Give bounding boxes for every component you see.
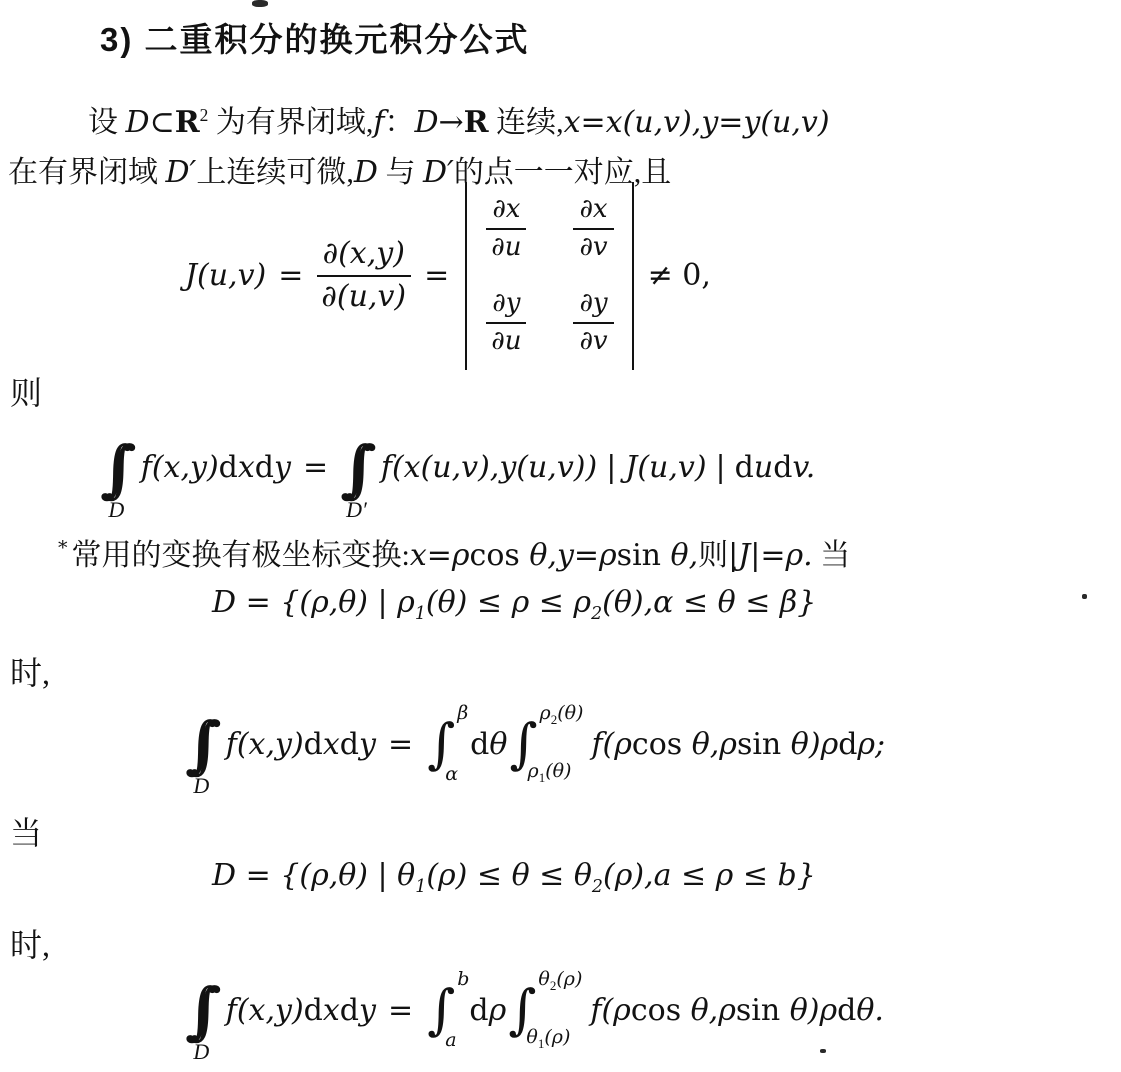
integral-glyph: ∫ xyxy=(104,441,136,497)
math-run: (θ) xyxy=(557,702,583,724)
math-run: θ)ρ xyxy=(790,993,837,1028)
integral-sign: ∫ba xyxy=(427,968,467,1052)
math-run: y xyxy=(359,727,376,762)
math-run: d xyxy=(340,727,359,762)
footnote-asterisk: * xyxy=(58,537,68,559)
math-run: θ,ρ xyxy=(691,993,736,1028)
arrow-glyph: → xyxy=(439,105,464,140)
fraction: ∂y∂v xyxy=(573,288,613,358)
equals-sign: = xyxy=(303,450,328,485)
math-run: d xyxy=(838,727,857,762)
math-run: d xyxy=(219,450,238,485)
math-run: cos xyxy=(632,727,692,762)
numerator: ∂y xyxy=(486,288,526,324)
math-run: y xyxy=(359,993,376,1028)
math-run: d xyxy=(773,450,792,485)
connector-dang: 当 xyxy=(10,808,42,854)
connector-shi-2: 时, xyxy=(10,920,50,966)
math-run: J(u,v) xyxy=(185,258,266,293)
math-run: R xyxy=(175,105,200,140)
integral-glyph: ∫ xyxy=(189,983,221,1039)
equation-polar-integral-2: ∫∫D f(x,y)dxdy = ∫ba dρ ∫θ2(ρ)θ1(ρ) f(ρc… xyxy=(185,968,884,1052)
integral-domain: D′ xyxy=(346,499,367,521)
equals-sign: = xyxy=(278,258,303,293)
text-run: 当 xyxy=(813,539,851,572)
math-run: D xyxy=(414,105,438,140)
math-run: f(x(u,v),y(u,v)) xyxy=(381,450,597,485)
equals-sign: = xyxy=(424,258,449,293)
text-run: ： xyxy=(384,106,414,139)
math-run: sin xyxy=(737,727,791,762)
equation-jacobian: J(u,v) = ∂(x,y)∂(u,v) = ∂x∂u ∂x∂v ∂y∂u ∂… xyxy=(185,182,711,370)
math-run: θ xyxy=(538,968,549,990)
scan-speck xyxy=(252,0,268,7)
math-run: R xyxy=(464,105,489,140)
math-run: v. xyxy=(792,450,815,485)
math-run: f xyxy=(373,105,384,140)
equation-change-of-variables: ∫∫D f(x,y)dxdy = ∫∫D′ f(x(u,v),y(u,v)) |… xyxy=(100,428,815,508)
math-run: θ. xyxy=(856,993,884,1028)
denominator: ∂(u,v) xyxy=(315,277,412,316)
math-run: cos xyxy=(470,538,530,573)
connector-shi-1: 时, xyxy=(10,648,50,694)
equation-polar-domain-2: D = {(ρ,θ) | θ1(ρ) ≤ θ ≤ θ2(ρ),a ≤ ρ ≤ b… xyxy=(212,858,816,897)
textbook-page: 3) 二重积分的换元积分公式 设 D⊂R2 为有界闭域,f：D→R 连续,x=x… xyxy=(0,0,1121,1072)
double-integral-sign: ∫∫D xyxy=(100,441,137,521)
equation-polar-integral-1: ∫∫D f(x,y)dxdy = ∫βα dθ ∫ρ2(θ)ρ1(θ) f(ρc… xyxy=(185,702,885,786)
math-run: D xyxy=(212,585,236,620)
equals-sign: = xyxy=(388,727,413,762)
math-run: d xyxy=(837,993,856,1028)
equation-polar-domain-1: D = {(ρ,θ) | ρ1(θ) ≤ ρ ≤ ρ2(θ),α ≤ θ ≤ β… xyxy=(212,585,816,624)
math-run: θ, xyxy=(671,538,699,573)
math-run: f(x,y) xyxy=(226,727,304,762)
math-run: d xyxy=(340,993,359,1028)
math-run: θ xyxy=(489,727,507,762)
numerator: ∂x xyxy=(573,194,613,230)
math-run: (θ) ≤ ρ ≤ ρ xyxy=(426,585,591,620)
denominator: ∂v xyxy=(573,324,613,358)
math-run: D xyxy=(126,105,150,140)
math-run: ⊂ xyxy=(150,105,175,140)
double-integral-sign: ∫∫D xyxy=(185,983,222,1063)
math-run: = {(ρ,θ) | ρ xyxy=(236,585,415,620)
upper-limit: β xyxy=(457,704,470,723)
connector-ze: 则 xyxy=(10,368,42,414)
text-run: 则 xyxy=(698,539,728,572)
text-run: 连续, xyxy=(489,106,564,139)
math-run: ρ xyxy=(489,993,507,1028)
math-run: θ,ρ xyxy=(692,727,737,762)
integral-glyph: ∫ xyxy=(345,441,377,497)
math-run: f(x,y) xyxy=(141,450,219,485)
math-run: (ρ) xyxy=(556,968,582,990)
math-run: J(u,v) xyxy=(625,450,706,485)
intro-line-1: 设 D⊂R2 为有界闭域,f：D→R 连续,x=x(u,v),y=y(u,v) xyxy=(88,102,830,144)
math-run: θ xyxy=(526,1026,537,1048)
math-run: d xyxy=(469,993,488,1028)
math-run: θ)ρ xyxy=(791,727,838,762)
math-run: x xyxy=(238,450,255,485)
math-run: |J|=ρ. xyxy=(728,538,813,573)
math-run: d xyxy=(304,993,323,1028)
integral-sign: ∫ρ2(θ)ρ1(θ) xyxy=(509,702,581,786)
numerator: ∂x xyxy=(486,194,526,230)
math-run: (θ) xyxy=(545,760,571,782)
determinant: ∂x∂u ∂x∂v ∂y∂u ∂y∂v xyxy=(465,182,633,370)
lower-limit: α xyxy=(445,765,458,784)
fraction: ∂y∂u xyxy=(485,288,527,358)
upper-limit: θ2(ρ) xyxy=(538,970,582,992)
math-run: d xyxy=(735,450,754,485)
text-run: 在有界闭域 xyxy=(8,156,166,189)
subscript: 1 xyxy=(415,877,426,897)
equals-sign: = xyxy=(388,993,413,1028)
denominator: ∂u xyxy=(485,230,527,264)
fraction: ∂(x,y)∂(u,v) xyxy=(315,236,412,315)
math-run: ρ xyxy=(528,760,539,782)
integral-domain: D xyxy=(193,775,209,797)
denominator: ∂v xyxy=(573,230,613,264)
math-run: x=x(u,v),y=y(u,v) xyxy=(564,105,830,140)
upper-limit: b xyxy=(457,970,469,989)
integral-sign: ∫βα xyxy=(427,702,468,786)
math-run: (ρ),a ≤ ρ ≤ b} xyxy=(603,858,816,893)
math-run: θ,y=ρ xyxy=(529,538,616,573)
not-equal-zero: ≠ 0, xyxy=(648,258,711,293)
lower-limit: ρ1(θ) xyxy=(528,762,572,784)
integral-glyph: ∫ xyxy=(189,717,221,773)
math-run: (ρ) xyxy=(544,1026,570,1048)
integral-sign: ∫θ2(ρ)θ1(ρ) xyxy=(508,968,580,1052)
integral-domain: D xyxy=(193,1041,209,1063)
scan-speck xyxy=(1082,594,1087,599)
math-run: x xyxy=(323,727,340,762)
lower-limit: a xyxy=(445,1031,457,1050)
math-run: = {(ρ,θ) | θ xyxy=(236,858,415,893)
integral-domain: D xyxy=(108,499,124,521)
math-run: d xyxy=(304,727,323,762)
math-run: (ρ) ≤ θ ≤ θ xyxy=(426,858,592,893)
upper-limit: ρ2(θ) xyxy=(540,704,584,726)
math-run: cos xyxy=(631,993,691,1028)
math-run: sin xyxy=(736,993,790,1028)
math-run: f(x,y) xyxy=(226,993,304,1028)
fraction: ∂x∂v xyxy=(573,194,613,264)
fraction: ∂x∂u xyxy=(485,194,527,264)
math-run: d xyxy=(255,450,274,485)
math-run: ρ xyxy=(540,702,551,724)
lower-limit: θ1(ρ) xyxy=(526,1028,570,1050)
double-integral-sign: ∫∫D xyxy=(185,717,222,797)
denominator: ∂u xyxy=(485,324,527,358)
math-run: u xyxy=(754,450,773,485)
math-run: f(ρ xyxy=(590,993,630,1028)
polar-remark-line: *常用的变换有极坐标变换:x=ρcos θ,y=ρsin θ,则|J|=ρ. 当 xyxy=(58,530,850,574)
section-heading: 3) 二重积分的换元积分公式 xyxy=(100,14,530,61)
abs-bar: | xyxy=(606,450,616,485)
math-run: y xyxy=(274,450,291,485)
math-run: D xyxy=(212,858,236,893)
subscript: 2 xyxy=(592,877,603,897)
double-integral-sign: ∫∫D′ xyxy=(340,441,377,521)
text-run: 为有界闭域, xyxy=(208,106,373,139)
subscript: 2 xyxy=(591,604,602,624)
math-run: d xyxy=(470,727,489,762)
text-run: 设 xyxy=(88,106,126,139)
text-run: 常用的变换有极坐标变换: xyxy=(72,539,410,572)
math-run: f(ρ xyxy=(591,727,631,762)
math-run: sin xyxy=(617,538,671,573)
math-run: x xyxy=(323,993,340,1028)
math-run: (θ),α ≤ θ ≤ β} xyxy=(602,585,816,620)
math-run: x=ρ xyxy=(410,538,470,573)
subscript: 1 xyxy=(415,604,426,624)
numerator: ∂y xyxy=(573,288,613,324)
numerator: ∂(x,y) xyxy=(317,236,411,277)
math-run: ρ; xyxy=(857,727,885,762)
abs-bar: | xyxy=(716,450,726,485)
